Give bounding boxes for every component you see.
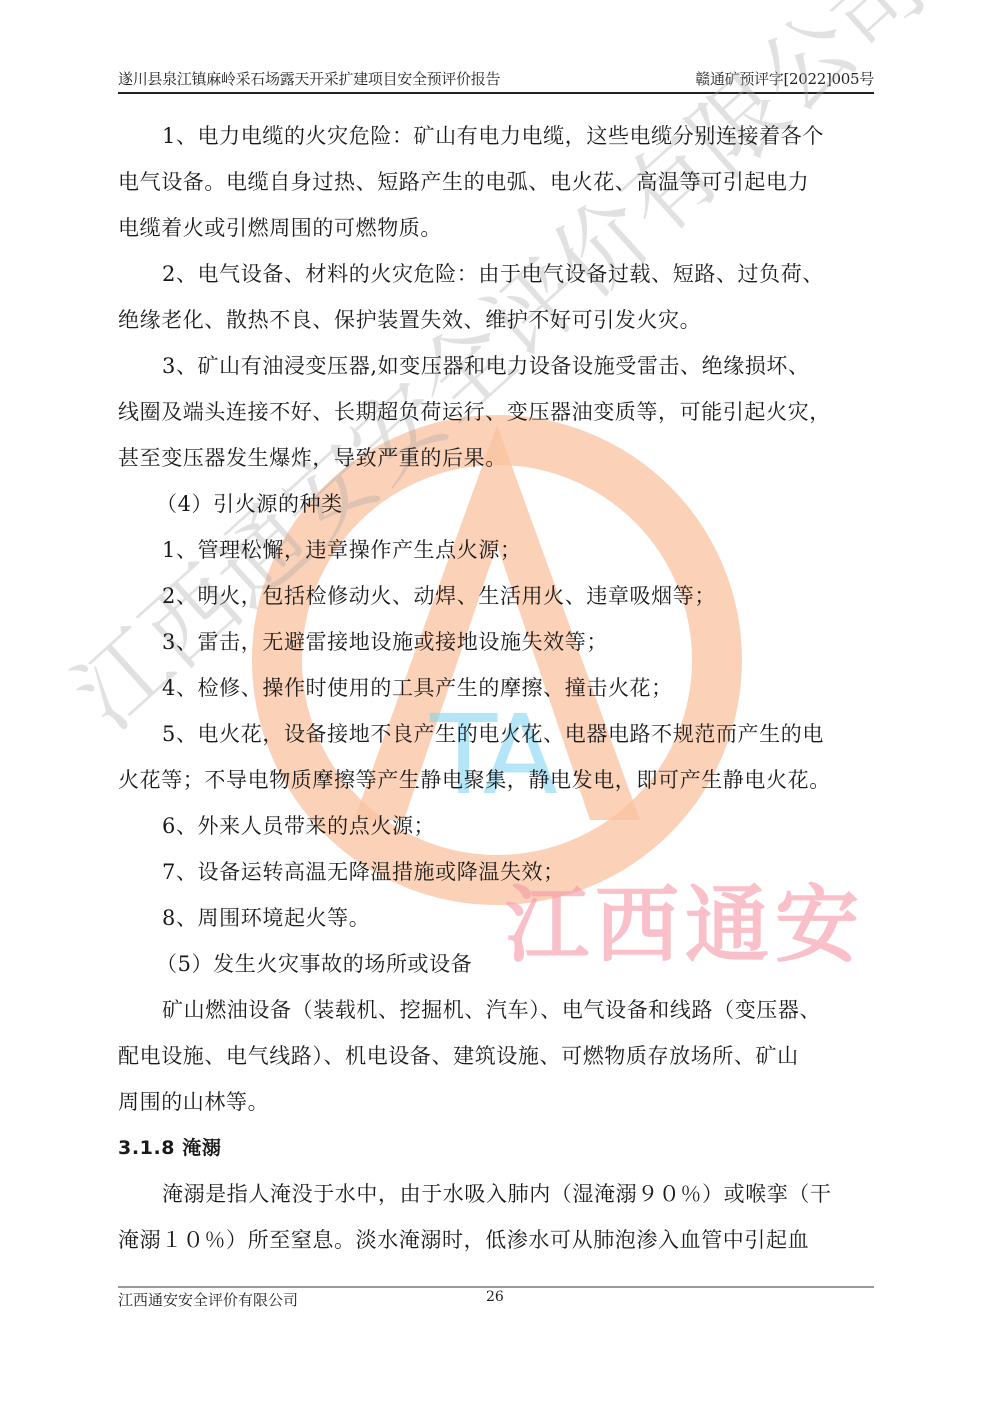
paragraph-line: 1、电力电缆的火灾危险：矿山有电力电缆，这些电缆分别连接着各个 xyxy=(162,116,824,156)
paragraph-line: 淹溺１０％）所至窒息。淡水淹溺时，低渗水可从肺泡渗入血管中引起血 xyxy=(118,1220,809,1260)
list-item: 2、明火，包括检修动火、动焊、生活用火、违章吸烟等； xyxy=(162,576,716,616)
list-item-continuation: 火花等；不导电物质摩擦等产生静电聚集，静电发电，即可产生静电火花。 xyxy=(118,760,831,800)
paragraph-line: 电气设备。电缆自身过热、短路产生的电弧、电火花、高温等可引起电力 xyxy=(118,162,809,202)
paragraph-line: 配电设施、电气线路）、机电设备、建筑设施、可燃物质存放场所、矿山 xyxy=(118,1036,799,1076)
paragraph-line: 绝缘老化、散热不良、保护装置失效、维护不好可引发火灾。 xyxy=(118,300,701,340)
watermark-brand-text: 江西通安 xyxy=(505,880,865,970)
section-title-fire-locations: （5）发生火灾事故的场所或设备 xyxy=(156,944,472,984)
paragraph-line: 2、电气设备、材料的火灾危险：由于电气设备过载、短路、过负荷、 xyxy=(162,254,824,294)
report-title: 遂川县泉江镇麻岭采石场露天开采扩建项目安全预评价报告 xyxy=(118,66,500,92)
list-item: 4、检修、操作时使用的工具产生的摩擦、撞击火花； xyxy=(162,668,673,708)
page-number: 26 xyxy=(486,1286,504,1308)
list-item: 1、管理松懈，违章操作产生点火源； xyxy=(162,530,522,570)
paragraph-line: 线圈及端头连接不好、长期超负荷运行、变压器油变质等，可能引起火灾， xyxy=(118,392,831,432)
paragraph-line: 周围的山林等。 xyxy=(118,1082,269,1122)
header-divider xyxy=(118,92,874,94)
paragraph-line: 淹溺是指人淹没于水中，由于水吸入肺内（湿淹溺９０％）或喉挛（干 xyxy=(162,1174,832,1214)
list-item: 3、雷击，无避雷接地设施或接地设施失效等； xyxy=(162,622,608,662)
list-item: 5、电火花，设备接地不良产生的电火花、电器电路不规范而产生的电 xyxy=(162,714,824,754)
section-title-ignition: （4）引火源的种类 xyxy=(156,484,343,524)
paragraph-line: 电缆着火或引燃周围的可燃物质。 xyxy=(118,208,442,248)
paragraph-line: 矿山燃油设备（装载机、挖掘机、汽车）、电气设备和线路（变压器、 xyxy=(162,990,821,1030)
list-item: 8、周围环境起火等。 xyxy=(162,898,370,938)
paragraph-line: 3、矿山有油浸变压器,如变压器和电力设备设施受雷击、绝缘损坏、 xyxy=(162,346,810,386)
document-number: 赣通矿预评字[2022]005号 xyxy=(695,66,874,92)
page-header: 遂川县泉江镇麻岭采石场露天开采扩建项目安全预评价报告 赣通矿预评字[2022]0… xyxy=(118,66,874,92)
list-item: 7、设备运转高温无降温措施或降温失效； xyxy=(162,852,565,892)
document-page: TA 江西通安安全评价有限公司 江西通安 遂川县泉江镇麻岭采石场露天开采扩建项目… xyxy=(0,0,992,1403)
section-heading-drowning: 3.1.8 淹溺 xyxy=(118,1128,222,1168)
footer-company: 江西通安安全评价有限公司 xyxy=(118,1288,298,1312)
list-item: 6、外来人员带来的点火源； xyxy=(162,806,435,846)
paragraph-line: 甚至变压器发生爆炸，导致严重的后果。 xyxy=(118,438,507,478)
